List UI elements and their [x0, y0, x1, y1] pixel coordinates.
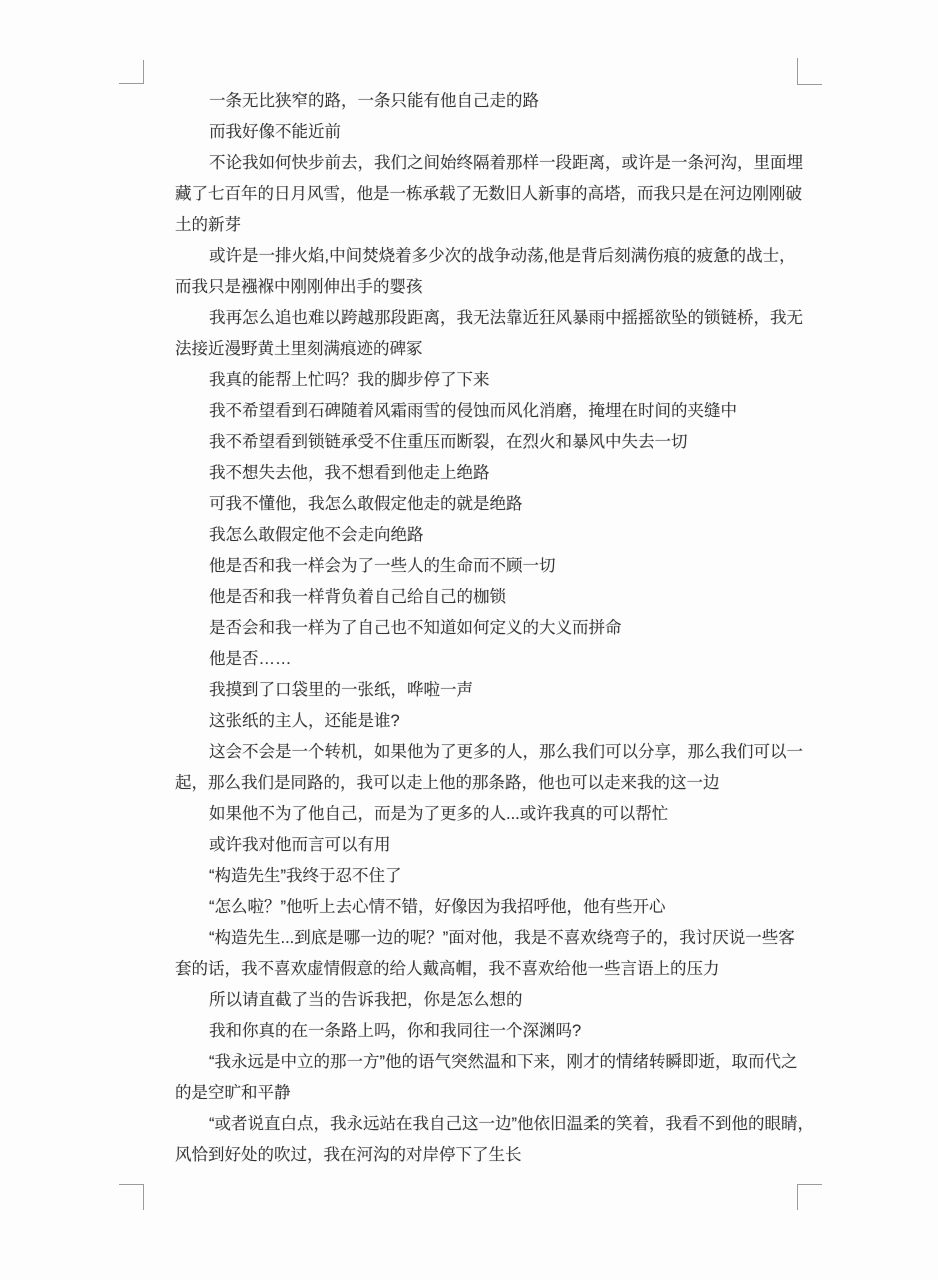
text-line: “构造先生...到底是哪一边的呢？”面对他，我是不喜欢绕弯子的，我讨厌说一些客	[175, 923, 823, 954]
text-line: 我摸到了口袋里的一张纸，哗啦一声	[175, 675, 823, 706]
crop-mark-top-left-icon	[119, 60, 144, 84]
text-line: 套的话，我不喜欢虚情假意的给人戴高帽，我不喜欢给他一些言语上的压力	[175, 954, 823, 985]
text-line: 而我好像不能近前	[175, 117, 823, 148]
text-line: 如果他不为了他自己，而是为了更多的人...或许我真的可以帮忙	[175, 799, 823, 830]
text-line: 而我只是襁褓中刚刚伸出手的婴孩	[175, 272, 823, 303]
text-line: “怎么啦？”他听上去心情不错，好像因为我招呼他，他有些开心	[175, 892, 823, 923]
text-line: 这张纸的主人，还能是谁?	[175, 706, 823, 737]
text-line: 一条无比狭窄的路，一条只能有他自己走的路	[175, 86, 823, 117]
text-line: “我永远是中立的那一方”他的语气突然温和下来，刚才的情绪转瞬即逝，取而代之	[175, 1047, 823, 1078]
text-line: 我再怎么追也难以跨越那段距离，我无法靠近狂风暴雨中摇摇欲坠的锁链桥，我无	[175, 303, 823, 334]
text-line: 我不希望看到石碑随着风霜雨雪的侵蚀而风化消磨，掩埋在时间的夹缝中	[175, 396, 823, 427]
document-page: 一条无比狭窄的路，一条只能有他自己走的路而我好像不能近前不论我如何快步前去，我们…	[0, 0, 938, 1280]
crop-mark-bottom-right-icon	[797, 1184, 822, 1210]
document-text: 一条无比狭窄的路，一条只能有他自己走的路而我好像不能近前不论我如何快步前去，我们…	[175, 86, 823, 1171]
text-line: 我和你真的在一条路上吗，你和我同往一个深渊吗?	[175, 1016, 823, 1047]
text-line: 他是否和我一样会为了一些人的生命而不顾一切	[175, 551, 823, 582]
text-line: 起，那么我们是同路的，我可以走上他的那条路，他也可以走来我的这一边	[175, 768, 823, 799]
text-line: 我真的能帮上忙吗？我的脚步停了下来	[175, 365, 823, 396]
text-line: 他是否……	[175, 644, 823, 675]
crop-mark-top-right-icon	[797, 58, 822, 85]
text-line: 是否会和我一样为了自己也不知道如何定义的大义而拼命	[175, 613, 823, 644]
text-line: 藏了七百年的日月风雪，他是一栋承载了无数旧人新事的高塔，而我只是在河边刚刚破	[175, 179, 823, 210]
text-line: 不论我如何快步前去，我们之间始终隔着那样一段距离，或许是一条河沟，里面埋	[175, 148, 823, 179]
text-line: 或许是一排火焰,中间焚烧着多少次的战争动荡,他是背后刻满伤痕的疲惫的战士，	[175, 241, 823, 272]
text-line: 的是空旷和平静	[175, 1078, 823, 1109]
text-line: 法接近漫野黄土里刻满痕迹的碑冢	[175, 334, 823, 365]
text-line: 可我不懂他，我怎么敢假定他走的就是绝路	[175, 489, 823, 520]
text-line: “或者说直白点，我永远站在我自己这一边”他依旧温柔的笑着，我看不到他的眼睛，	[175, 1109, 823, 1140]
text-line: 我不想失去他，我不想看到他走上绝路	[175, 458, 823, 489]
text-line: 他是否和我一样背负着自己给自己的枷锁	[175, 582, 823, 613]
text-line: 土的新芽	[175, 210, 823, 241]
crop-mark-bottom-left-icon	[119, 1184, 144, 1210]
text-line: 或许我对他而言可以有用	[175, 830, 823, 861]
text-line: “构造先生”我终于忍不住了	[175, 861, 823, 892]
text-line: 我怎么敢假定他不会走向绝路	[175, 520, 823, 551]
text-line: 这会不会是一个转机，如果他为了更多的人，那么我们可以分享，那么我们可以一	[175, 737, 823, 768]
text-line: 我不希望看到锁链承受不住重压而断裂，在烈火和暴风中失去一切	[175, 427, 823, 458]
text-line: 风恰到好处的吹过，我在河沟的对岸停下了生长	[175, 1140, 823, 1171]
text-line: 所以请直截了当的告诉我把，你是怎么想的	[175, 985, 823, 1016]
